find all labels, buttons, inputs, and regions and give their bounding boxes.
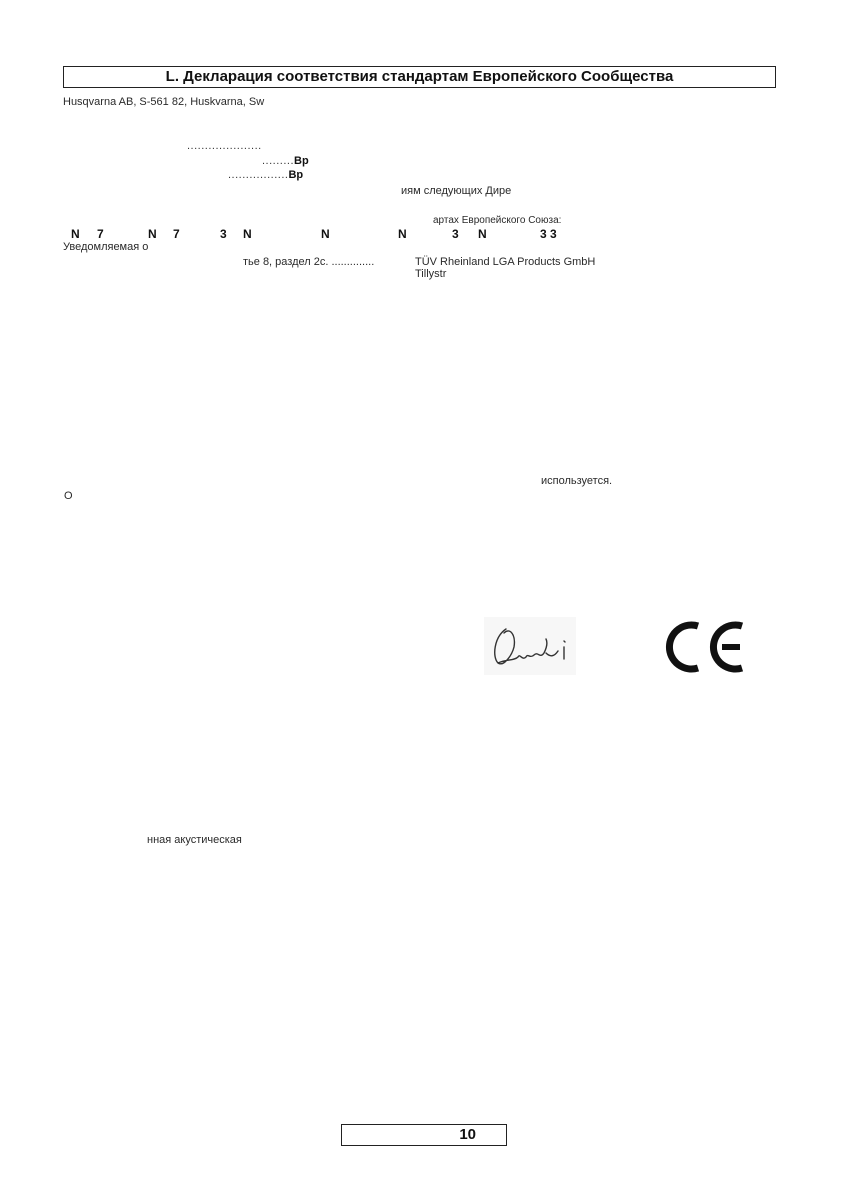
dots-line-1: ..................... xyxy=(187,140,262,153)
signature-image xyxy=(484,617,576,675)
dots-line-2: .........Вр xyxy=(262,155,309,168)
dots-line-3: .................Вр xyxy=(228,169,303,182)
standard-token: N xyxy=(71,227,80,241)
standard-token: N xyxy=(148,227,157,241)
bp-label: Вр xyxy=(288,169,303,181)
page-number: 10 xyxy=(459,1126,476,1143)
acoustic-fragment: нная акустическая xyxy=(147,834,242,847)
dots-leader: ......... xyxy=(262,155,294,167)
standard-token: 7 xyxy=(173,227,180,241)
standard-token: N xyxy=(243,227,252,241)
notified-body-label: Уведомляемая о xyxy=(63,241,148,254)
standard-token: N xyxy=(478,227,487,241)
ce-mark-icon xyxy=(664,620,744,674)
declaration-title: L. Декларация соответствия стандартам Ев… xyxy=(63,66,776,88)
standard-token: 3 xyxy=(220,227,227,241)
notified-body-street: Tillystr xyxy=(415,268,446,281)
signature-icon xyxy=(484,617,576,675)
dots-leader: ................. xyxy=(228,169,288,181)
standard-token: N xyxy=(321,227,330,241)
standard-token: 3 xyxy=(452,227,459,241)
o-letter: О xyxy=(64,490,73,503)
article-fragment: тье 8, раздел 2c. .............. xyxy=(243,256,374,269)
manufacturer-address: Husqvarna AB, S-561 82, Huskvarna, Sw xyxy=(63,96,264,109)
directives-fragment: иям следующих Дире xyxy=(401,185,511,198)
standard-token: N xyxy=(398,227,407,241)
standard-token: 7 xyxy=(97,227,104,241)
eu-parts-fragment: артах Европейского Союза: xyxy=(433,215,561,227)
standard-token: 3 3 xyxy=(540,227,557,241)
page-number-box: 10 xyxy=(341,1124,507,1146)
bp-label: Вр xyxy=(294,155,309,167)
used-fragment: используется. xyxy=(541,475,612,488)
